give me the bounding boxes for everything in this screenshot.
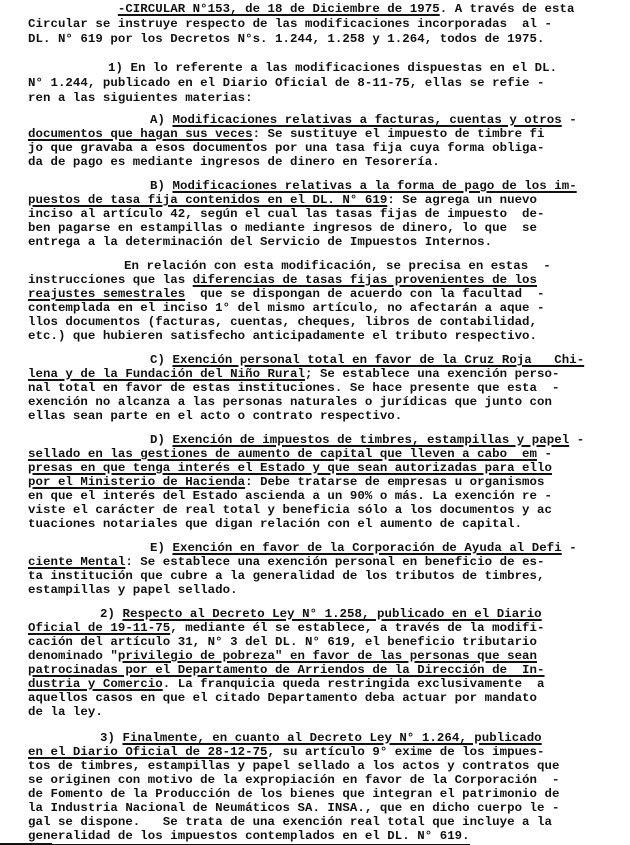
- item-b-line-4: ben pagarse en estampillas o mediante in…: [28, 221, 537, 235]
- section2-line-5: patrocinadas por el Departamento de Arri…: [28, 663, 545, 677]
- item-c-line-2: lena y de la Fundación del Niño Rural; S…: [28, 367, 559, 381]
- section3-line-7: gal se dispone. Se trata de una exención…: [28, 815, 552, 829]
- item-e-line-4: estampillas y papel sellado.: [28, 583, 238, 597]
- item-a-line-3: jo que gravaba a esos documentos por una…: [28, 141, 545, 155]
- item-a-line-2: documentos que hagan sus veces: Se susti…: [28, 127, 545, 141]
- item-b-line-5: entrega a la determinación del Servicio …: [28, 235, 492, 249]
- section3-line-5: de Fomento de la Producción de los biene…: [28, 787, 559, 801]
- item-b-note-line-5: llos documentos (facturas, cuentas, cheq…: [28, 315, 537, 329]
- item-c-heading: Exención personal total en favor de la C…: [172, 353, 584, 367]
- item-d-line-6: viste el carácter de real total y benefi…: [28, 503, 552, 517]
- section2-line-6: dustria y Comercio. La franquicia queda …: [28, 677, 545, 691]
- item-b-line-2: puestos de tasa fija contenidos en el DL…: [28, 193, 537, 207]
- item-e-heading: Exención en favor de la Corporación de A…: [172, 541, 561, 555]
- section2-line-7: aquellos casos en que el citado Departam…: [28, 691, 537, 705]
- section3-heading-line: 3) Finalmente, en cuanto al Decreto Ley …: [100, 731, 542, 745]
- section2-line-2: Oficial de 19-11-75, mediante él se esta…: [28, 621, 545, 635]
- section3-line-2: en el Diario Oficial de 28-12-75, su art…: [28, 745, 545, 759]
- section2-line-8: de la ley.: [28, 705, 103, 719]
- header-line-2: Circular se instruye respecto de las mod…: [28, 17, 552, 31]
- item-a-heading: Modificaciones relativas a facturas, cue…: [172, 113, 561, 127]
- item-e-line-2: ciente Mental: Se establece una exención…: [28, 555, 545, 569]
- section3-line-3: tos de timbres, estampillas y papel sell…: [28, 759, 559, 773]
- section3-line-4: se originen con motivo de la expropiació…: [28, 773, 559, 787]
- item-c-line-5: ellas sean parte en el acto o contrato r…: [28, 409, 402, 423]
- header-line-3: DL. N° 619 por los Decretos N°s. 1.244, …: [28, 32, 545, 46]
- item-b-note-line-4: contemplada en el inciso 1° del mismo ar…: [28, 301, 545, 315]
- section1-line-3: ren a las siguientes materias:: [28, 91, 253, 105]
- section2-line-4: denominado "privilegio de pobreza" en fa…: [28, 649, 537, 663]
- section3-heading: Finalmente, en cuanto al Decreto Ley N° …: [122, 731, 541, 745]
- item-b-note-line-2: instrucciones que las diferencias de tas…: [28, 273, 537, 287]
- section2-heading-line: 2) Respecto al Decreto Ley N° 1.258, pub…: [100, 607, 542, 621]
- item-b-line-3: inciso al artículo 42, según el cual las…: [28, 207, 545, 221]
- item-c-line-3: nal total en favor de estas institucione…: [28, 381, 559, 395]
- item-e-heading-line: E) Exención en favor de la Corporación d…: [150, 541, 577, 555]
- section2-line-3: cación del artículo 31, N° 3 del DL. N° …: [28, 635, 537, 649]
- section1-line-1: 1) En lo referente a las modificaciones …: [108, 61, 557, 75]
- item-d-line-2: sellado en las gestiones de aumento de c…: [28, 447, 552, 461]
- item-d-line-7: tuaciones notariales que digan relación …: [28, 517, 522, 531]
- item-d-line-4: por el Ministerio de Hacienda: Debe trat…: [28, 475, 545, 489]
- section2-heading: Respecto al Decreto Ley N° 1.258, public…: [122, 607, 541, 621]
- item-a-heading-line: A) Modificaciones relativas a facturas, …: [150, 113, 577, 127]
- item-e-line-3: ta institución que cubre a la generalida…: [28, 569, 545, 583]
- item-b-heading: Modificaciones relativas a la forma de p…: [172, 179, 576, 193]
- item-b-note-line-6: etc.) que hubieren satisfecho anticipada…: [28, 329, 537, 343]
- item-d-line-5: en que el interés del Estado ascienda a …: [28, 489, 552, 503]
- circular-header-line: -CIRCULAR N°153, de 18 de Diciembre de 1…: [28, 2, 574, 16]
- section3-line-8: generalidad de los impuestos contemplado…: [28, 829, 470, 843]
- circular-title: -CIRCULAR N°153, de 18 de Diciembre de 1…: [118, 2, 440, 16]
- item-d-heading: Exención de impuestos de timbres, estamp…: [172, 433, 569, 447]
- item-d-heading-line: D) Exención de impuestos de timbres, est…: [150, 433, 584, 447]
- item-a-line-4: da de pago es mediante ingresos de diner…: [28, 155, 440, 169]
- section3-line-6: la Industria Nacional de Neumáticos SA. …: [28, 801, 559, 815]
- item-c-heading-line: C) Exención personal total en favor de l…: [150, 353, 584, 367]
- item-b-note-line-3: reajustes semestrales que se dispongan d…: [28, 287, 545, 301]
- item-d-line-3: presas en que tenga interés el Estado y …: [28, 461, 552, 475]
- item-b-note-line-1: En relación con esta modificación, se pr…: [124, 259, 551, 273]
- item-c-line-4: exención no alcanza a las personas natur…: [28, 395, 552, 409]
- section1-line-2: N° 1.244, publicado en el Diario Oficial…: [28, 76, 545, 90]
- item-b-heading-line: B) Modificaciones relativas a la forma d…: [150, 179, 577, 193]
